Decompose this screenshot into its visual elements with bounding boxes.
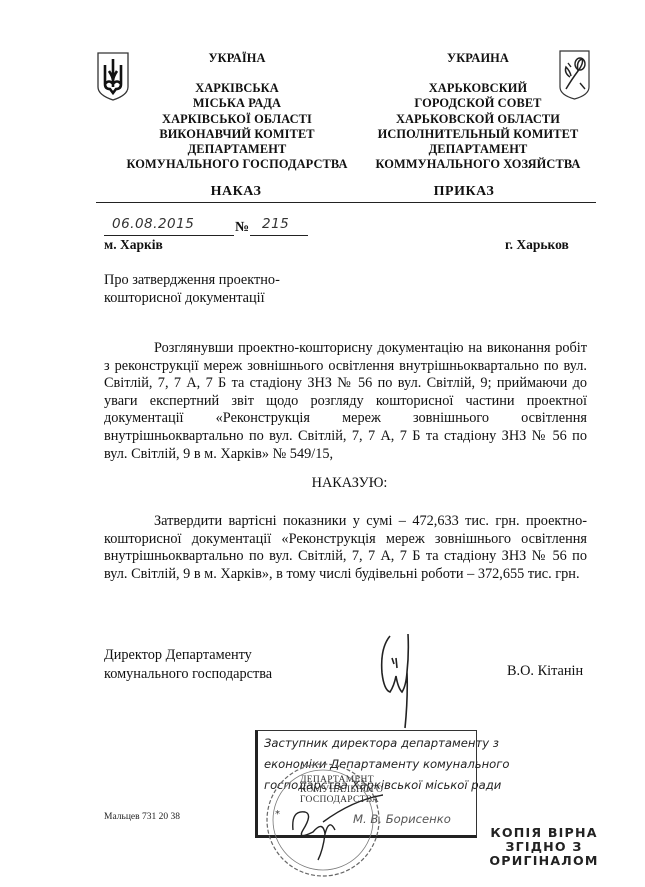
org-line: МІСЬКА РАДА <box>112 96 362 111</box>
subject-line: Про затвердження проектно- <box>104 271 280 289</box>
position-line: Директор Департаменту <box>104 646 272 665</box>
org-line: ХАРКІВСЬКА <box>112 81 362 96</box>
date-underline <box>104 235 234 236</box>
number-field: 215 <box>262 216 289 232</box>
city-ua: м. Харків <box>104 237 163 253</box>
seal-line: ГОСПОДАРСТВА <box>300 795 370 805</box>
city-ru: г. Харьков <box>505 237 569 253</box>
handwritten-signature-icon <box>376 628 426 733</box>
org-line: ВИКОНАВЧИЙ КОМІТЕТ <box>112 127 362 142</box>
number-underline <box>250 235 308 236</box>
copy-mark-line: ОРИГІНАЛОМ <box>488 854 600 868</box>
copy-mark-line: ЗГІДНО З <box>488 840 600 854</box>
org-line: ДЕПАРТАМЕНТ <box>358 142 598 157</box>
subject: Про затвердження проектно- кошторисної д… <box>104 271 280 307</box>
org-line: ДЕПАРТАМЕНТ <box>112 142 362 157</box>
signatory-position: Директор Департаменту комунального госпо… <box>104 646 272 684</box>
stamp-line: Заступник директора департаменту з <box>264 733 476 754</box>
copy-certified-mark: КОПІЯ ВІРНА ЗГІДНО З ОРИГІНАЛОМ <box>488 826 600 868</box>
order-text-block: Затвердити вартісні показники у сумі – 4… <box>104 513 587 583</box>
date-field: 06.08.2015 <box>112 216 194 232</box>
org-line: КОМУНАЛЬНОГО ГОСПОДАРСТВА <box>112 157 362 172</box>
doc-type-ru: ПРИКАЗ <box>404 184 524 200</box>
seal-line: ДЕПАРТАМЕНТ <box>300 775 370 785</box>
signatory-name: В.О. Кітанін <box>507 663 583 680</box>
executor-contact: Мальцев 731 20 38 <box>104 812 180 822</box>
preamble: Розглянувши проектно-кошторисну документ… <box>104 340 587 463</box>
org-line: КОММУНАЛЬНОГО ХОЗЯЙСТВА <box>358 157 598 172</box>
number-label: № <box>235 220 249 236</box>
org-line: ИСПОЛНИТЕЛЬНЫЙ КОМИТЕТ <box>358 127 598 142</box>
copy-mark-line: КОПІЯ ВІРНА <box>488 826 600 840</box>
doc-type-ua: НАКАЗ <box>176 184 296 200</box>
org-line: ХАРКІВСЬКОЇ ОБЛАСТІ <box>112 112 362 127</box>
country-ua: УКРАЇНА <box>112 51 362 66</box>
kharkiv-coat-of-arms-icon <box>558 49 591 101</box>
seal-text: ДЕПАРТАМЕНТ КОМУНАЛЬНОГО ГОСПОДАРСТВА <box>300 775 370 805</box>
position-line: комунального господарства <box>104 665 272 684</box>
header-ukrainian: УКРАЇНА ХАРКІВСЬКА МІСЬКА РАДА ХАРКІВСЬК… <box>112 51 362 172</box>
header-divider <box>96 202 596 203</box>
seal-line: КОМУНАЛЬНОГО <box>300 785 370 795</box>
subject-line: кошторисної документації <box>104 289 280 307</box>
preamble-text: Розглянувши проектно-кошторисну документ… <box>104 340 587 463</box>
svg-text:*: * <box>275 809 280 820</box>
order-heading: НАКАЗУЮ: <box>0 475 645 492</box>
order-text: Затвердити вартісні показники у сумі – 4… <box>104 513 587 583</box>
org-line: ХАРЬКОВСКОЙ ОБЛАСТИ <box>358 112 598 127</box>
